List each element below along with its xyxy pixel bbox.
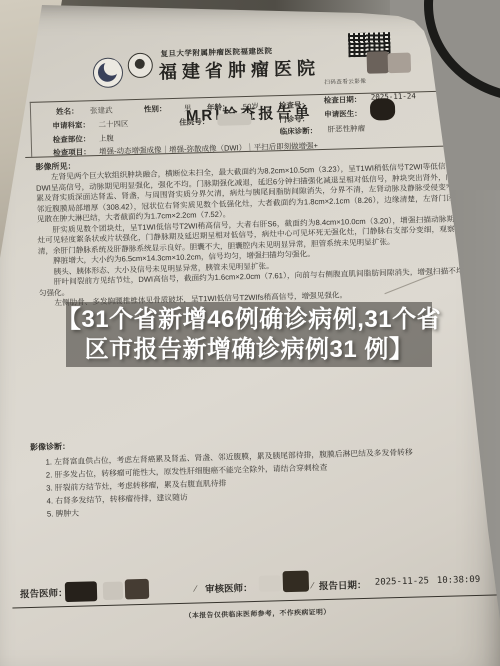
table-left-rule [30,102,32,157]
report-time-value: 10:38:09 [437,575,481,586]
diagnosis-heading: 影像诊断： [30,441,70,453]
report-date-value: 2025-11-25 [375,576,429,587]
redaction-box [388,53,412,74]
dept-value: 二十四区 [98,118,128,130]
redaction-box [217,113,251,126]
request-doctor-label: 申请医生： [324,108,362,120]
exam-date-label: 检查日期： [324,94,362,106]
pen-tick: ⁄ [312,580,314,590]
photo-of-mri-report: 复旦大学附属肿瘤医院福建医院 福建省肿瘤医院 MRI检查报告单 扫码查看云影像 … [0,0,500,666]
outpatient-no-label: 门诊号： [279,113,309,125]
redaction-box [283,571,310,593]
name-label: 姓名： [56,106,79,118]
qr-caption: 扫码查看云影像 [324,77,366,86]
redaction-box [370,98,396,121]
crescent-cut [104,59,120,75]
clinical-dx-label: 临床诊断： [279,125,317,137]
hospital-crescent-logo-icon [93,57,124,88]
redaction-box [65,581,98,602]
dept-label: 申请科室： [52,119,90,131]
body-part-value: 上腹 [99,133,114,144]
emblem-core [135,59,145,69]
news-caption-overlay: 【31个省新增46例确诊病例,31个省 区市报告新增确诊病例31 例】 [66,302,432,367]
diagnosis-list: 1. 左肾富血供占位，考虑左肾癌累及肾盂、肾盏、邻近腹膜，累及胰尾部待排，腹膜后… [45,444,487,521]
pen-tick: ⁄ [195,584,197,594]
sex-label: 性别： [144,103,167,115]
hospital-emblem-icon [127,53,153,79]
exam-items-value: 增强-动态增强成像｜增强-弥散成像（DWI）｜平扫后即刻做增强+ [99,140,318,157]
patient-name: 张建武 [90,105,113,117]
report-doctor-label: 报告医师： [20,585,68,600]
review-doctor-label: 审核医师： [205,580,253,595]
patient-age: 50岁 [243,101,259,112]
redaction-box [103,582,123,601]
redaction-box [367,51,390,74]
redaction-box [259,575,281,592]
exam-items-label: 检查项目： [53,146,91,158]
body-part-label: 检查部位： [53,133,91,145]
age-label: 年龄： [207,101,230,113]
inpatient-no-label: 住院号： [179,116,209,128]
hospital-name: 福建省肿瘤医院 [159,54,321,84]
patient-sex: 男 [184,103,192,114]
caption-line-1: 【31个省新增46例确诊病例,31个省 [57,305,441,335]
clinical-dx-value: 肝恶性肿瘤 [327,123,365,135]
report-date-label: 报告日期： [319,577,367,592]
redaction-box [125,579,150,600]
caption-line-2: 区市报告新增确诊病例31 例】 [85,335,414,365]
exam-no-label: 检查号： [279,99,309,111]
